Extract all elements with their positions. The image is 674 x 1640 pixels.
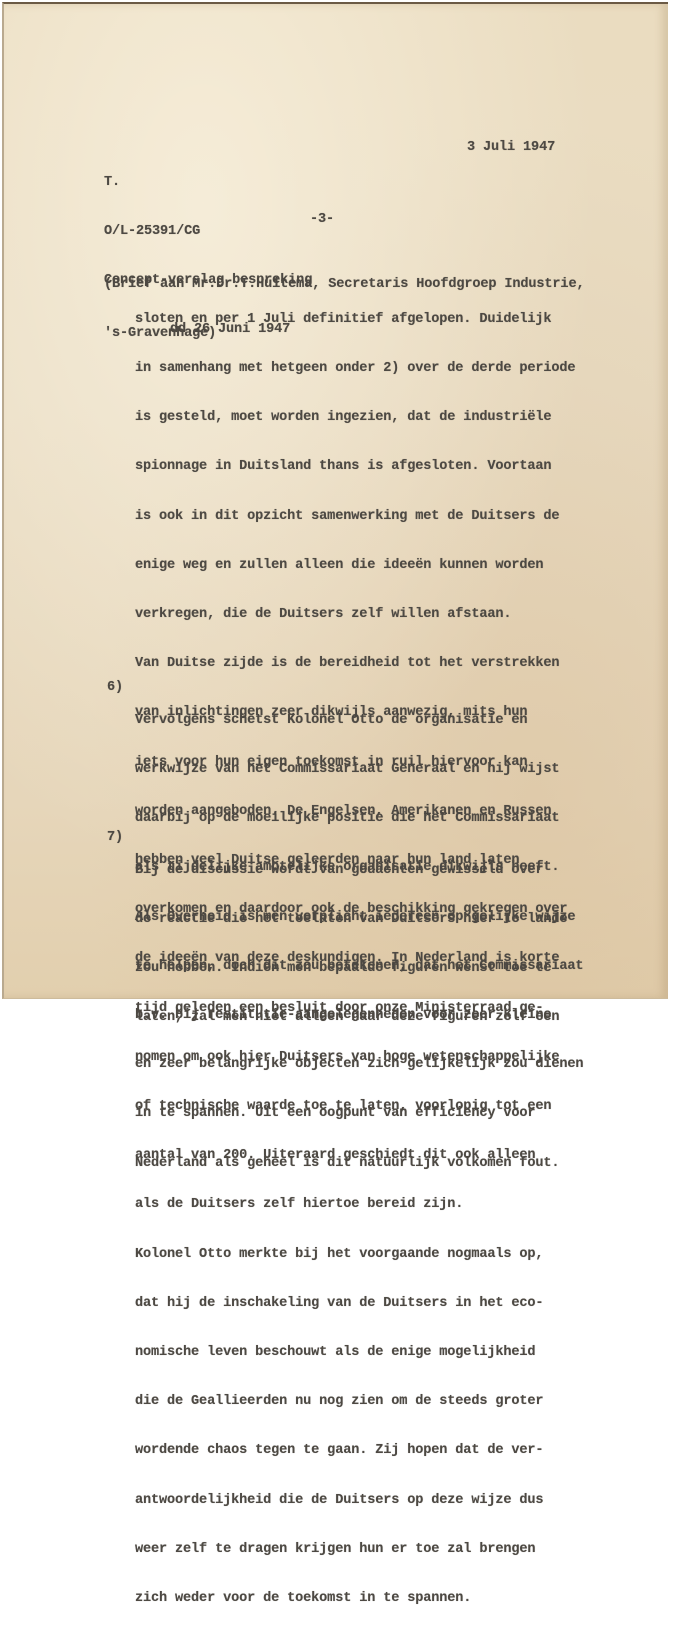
text-line: Van Duitse zijde is de bereidheid tot he…	[135, 656, 575, 672]
text-line: Vervolgens schetst Kolonel Otto de organ…	[135, 713, 583, 729]
page-number: -3-	[310, 212, 334, 228]
text-line: in samenhang met hetgeen onder 2) over d…	[135, 361, 575, 377]
text-line: Bij de discussie wordt van gedachten gew…	[135, 863, 567, 879]
reference-number: O/L-25391/CG	[104, 224, 312, 240]
typist-initial: T.	[104, 175, 312, 191]
text-line: zou hebben. Indien men bepaalde figuren …	[135, 961, 567, 977]
text-line: de reactie die het toelaten van Duitsers…	[135, 912, 567, 928]
point-6-number: 6)	[107, 680, 123, 696]
text-line: is gesteld, moet worden ingezien, dat de…	[135, 410, 575, 426]
text-line: enige weg en zullen alleen die ideeën ku…	[135, 558, 575, 574]
text-line: werkwijze van het Commissariaat Generaal…	[135, 762, 583, 778]
letter-date: 3 Juli 1947	[467, 140, 555, 156]
text-line: verkregen, die de Duitsers zelf willen a…	[135, 607, 575, 623]
text-line: spionnage in Duitsland thans is afgeslot…	[135, 459, 575, 475]
point-7-number: 7)	[107, 830, 123, 846]
text-line: daarbij op de moeilijke positie die het …	[135, 811, 583, 827]
point-7-paragraph: Bij de discussie wordt van gedachten gew…	[135, 830, 567, 1000]
text-line: sloten en per 1 Juli definitief afgelope…	[135, 312, 575, 328]
typewritten-letter-page: T. O/L-25391/CG Concept-verslag bespreki…	[2, 2, 668, 999]
text-line: is ook in dit opzicht samenwerking met d…	[135, 509, 575, 525]
